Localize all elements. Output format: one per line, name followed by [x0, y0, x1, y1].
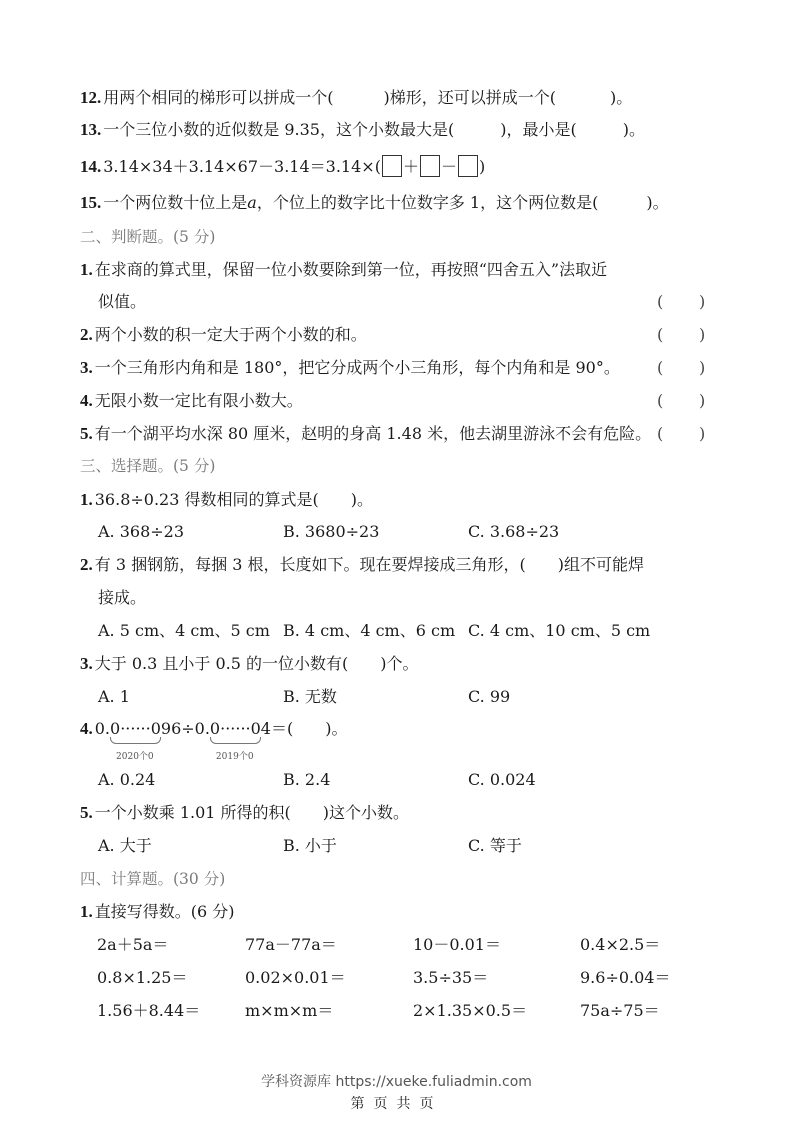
question-text: 有一个湖平均水深 80 厘米，赵明的身高 1.48 米，他去湖里游泳不会有危险。 — [95, 424, 651, 443]
question-text: 一个三位小数的近似数是 9.35，这个小数最大是( — [103, 120, 454, 139]
calc-item[interactable]: 10－0.01＝ — [413, 935, 501, 955]
question-number: 3. — [80, 358, 93, 377]
question-number: 12. — [80, 88, 101, 107]
choice-2-option-c[interactable]: C. 4 cm、10 cm、5 cm — [468, 621, 650, 641]
question-text: )。 — [646, 193, 668, 212]
paren-left: ( — [657, 391, 663, 411]
judgment-question-1: 1.在求商的算式里，保留一位小数要除到第一位，再按照“四舍五入”法取近 — [80, 260, 607, 280]
question-number: 14. — [80, 157, 101, 176]
question-number: 13. — [80, 120, 101, 139]
choice-5-option-c[interactable]: C. 等于 — [468, 836, 522, 856]
question-text: 两个小数的积一定大于两个小数的和。 — [95, 325, 367, 344]
minus-sign: － — [441, 157, 457, 176]
footer-source: 学科资源库 https://xueke.fuliadmin.com — [0, 1071, 793, 1091]
plus-sign: ＋ — [403, 157, 419, 176]
choice-3-option-b[interactable]: B. 无数 — [283, 687, 337, 707]
question-text: ，个位上的数字比十位数字多 1，这个两位数是( — [257, 193, 599, 212]
calc-item[interactable]: 0.8×1.25＝ — [97, 968, 187, 988]
choice-4-option-a[interactable]: A. 0.24 — [98, 770, 155, 790]
judgment-question-5: 5.有一个湖平均水深 80 厘米，赵明的身高 1.48 米，他去湖里游泳不会有危… — [80, 424, 651, 444]
question-text: 0. — [95, 719, 110, 738]
judgment-question-2: 2.两个小数的积一定大于两个小数的和。 — [80, 325, 367, 345]
calc-subquestion-1: 1.直接写得数。(6 分) — [80, 902, 235, 922]
choice-2-option-b[interactable]: B. 4 cm、4 cm、6 cm — [283, 621, 455, 641]
variable-a: a — [247, 193, 257, 212]
paren-right: ) — [699, 358, 705, 378]
paren-right: ) — [699, 292, 705, 312]
judgment-question-3: 3.一个三角形内角和是 180°，把它分成两个小三角形，每个内角和是 90°。 — [80, 358, 620, 378]
answer-box-3[interactable] — [458, 155, 478, 177]
question-15: 15.一个两位数十位上是a，个位上的数字比十位数字多 1，这个两位数是()。 — [80, 193, 669, 213]
brace-label: 2019个0 — [216, 747, 254, 767]
question-number: 15. — [80, 193, 101, 212]
question-text: 用两个相同的梯形可以拼成一个( — [103, 88, 333, 107]
paren-left: ( — [657, 424, 663, 444]
footer-page-number: 第页共页 — [0, 1093, 793, 1113]
question-text: 在求商的算式里，保留一位小数要除到第一位，再按照“四舍五入”法取近 — [95, 260, 607, 279]
paren-right: ) — [699, 424, 705, 444]
choice-question-2: 2.有 3 捆钢筋，每捆 3 根，长度如下。现在要焊接成三角形，( )组不可能焊 — [80, 555, 644, 575]
brace-group-2: 0······02019个0 — [210, 719, 261, 739]
question-text: 3.14×34＋3.14×67－3.14＝3.14×( — [103, 157, 381, 176]
choice-4-option-c[interactable]: C. 0.024 — [468, 770, 536, 790]
section-header-judgment: 二、判断题。(5 分) — [80, 227, 215, 247]
paren-right: ) — [699, 391, 705, 411]
question-text: 有 3 捆钢筋，每捆 3 根，长度如下。现在要焊接成三角形，( )组不可能焊 — [95, 555, 644, 574]
question-number: 1. — [80, 902, 93, 921]
choice-5-option-b[interactable]: B. 小于 — [283, 836, 337, 856]
section-header-choice: 三、选择题。(5 分) — [80, 456, 215, 476]
underbrace-icon — [210, 737, 261, 744]
question-text: 一个两位数十位上是 — [103, 193, 247, 212]
choice-question-5: 5.一个小数乘 1.01 所得的积( )这个小数。 — [80, 803, 409, 823]
question-number: 2. — [80, 325, 93, 344]
section-header-calculation: 四、计算题。(30 分) — [80, 869, 225, 889]
calc-item[interactable]: 77a－77a＝ — [245, 935, 337, 955]
question-14: 14.3.14×34＋3.14×67－3.14＝3.14×(＋－) — [80, 155, 485, 177]
question-text: )。 — [623, 120, 645, 139]
question-13: 13.一个三位小数的近似数是 9.35，这个小数最大是()，最小是()。 — [80, 120, 645, 140]
underbrace-icon — [110, 737, 161, 744]
question-text: 96÷0. — [161, 719, 210, 738]
question-text: 直接写得数。(6 分) — [95, 902, 235, 921]
answer-box-2[interactable] — [420, 155, 440, 177]
paren-left: ( — [657, 292, 663, 312]
judgment-question-4: 4.无限小数一定比有限小数大。 — [80, 391, 303, 411]
question-text: 4＝( )。 — [261, 719, 348, 738]
brace-group-1: 0······02020个0 — [110, 719, 161, 739]
calc-item[interactable]: 0.02×0.01＝ — [245, 968, 346, 988]
calc-item[interactable]: 2a＋5a＝ — [97, 935, 168, 955]
question-number: 3. — [80, 654, 93, 673]
paren-left: ( — [657, 325, 663, 345]
calc-item[interactable]: 2×1.35×0.5＝ — [413, 1001, 527, 1021]
choice-1-option-b[interactable]: B. 3680÷23 — [283, 522, 379, 542]
question-number: 4. — [80, 719, 93, 738]
question-number: 5. — [80, 803, 93, 822]
question-text: 一个三角形内角和是 180°，把它分成两个小三角形，每个内角和是 90°。 — [95, 358, 620, 377]
answer-box-1[interactable] — [382, 155, 402, 177]
repeating-zeros: 0······0 — [110, 719, 161, 738]
question-number: 5. — [80, 424, 93, 443]
question-text: )梯形，还可以拼成一个( — [384, 88, 557, 107]
choice-3-option-c[interactable]: C. 99 — [468, 687, 510, 707]
calc-item[interactable]: 1.56＋8.44＝ — [97, 1001, 200, 1021]
question-text: )，最小是( — [500, 120, 577, 139]
choice-2-option-a[interactable]: A. 5 cm、4 cm、5 cm — [98, 621, 270, 641]
question-number: 1. — [80, 490, 93, 509]
paren-left: ( — [657, 358, 663, 378]
question-text: 大于 0.3 且小于 0.5 的一位小数有( )个。 — [95, 654, 419, 673]
choice-question-2-continued: 接成。 — [98, 588, 146, 608]
repeating-zeros: 0······0 — [210, 719, 261, 738]
question-number: 2. — [80, 555, 93, 574]
paren-right: ) — [699, 325, 705, 345]
choice-question-4: 4.0.0······02020个096÷0.0······02019个04＝(… — [80, 719, 347, 739]
question-text: )。 — [610, 88, 632, 107]
choice-question-3: 3.大于 0.3 且小于 0.5 的一位小数有( )个。 — [80, 654, 418, 674]
question-12: 12.用两个相同的梯形可以拼成一个()梯形，还可以拼成一个()。 — [80, 88, 632, 108]
brace-label: 2020个0 — [116, 747, 154, 767]
judgment-question-1-continued: 似值。 — [98, 292, 146, 312]
choice-3-option-a[interactable]: A. 1 — [98, 687, 130, 707]
choice-1-option-a[interactable]: A. 368÷23 — [98, 522, 184, 542]
choice-5-option-a[interactable]: A. 大于 — [98, 836, 152, 856]
calc-item[interactable]: 9.6÷0.04＝ — [580, 968, 670, 988]
question-number: 1. — [80, 260, 93, 279]
question-number: 4. — [80, 391, 93, 410]
choice-4-option-b[interactable]: B. 2.4 — [283, 770, 330, 790]
calc-item[interactable]: m×m×m＝ — [245, 1001, 333, 1021]
question-text: 一个小数乘 1.01 所得的积( )这个小数。 — [95, 803, 409, 822]
calc-item[interactable]: 75a÷75＝ — [580, 1001, 660, 1021]
question-text: ) — [479, 157, 485, 176]
choice-1-option-c[interactable]: C. 3.68÷23 — [468, 522, 559, 542]
calc-item[interactable]: 3.5÷35＝ — [413, 968, 488, 988]
calc-item[interactable]: 0.4×2.5＝ — [580, 935, 660, 955]
question-text: 36.8÷0.23 得数相同的算式是( )。 — [95, 490, 373, 509]
question-text: 无限小数一定比有限小数大。 — [95, 391, 303, 410]
choice-question-1: 1.36.8÷0.23 得数相同的算式是( )。 — [80, 490, 373, 510]
